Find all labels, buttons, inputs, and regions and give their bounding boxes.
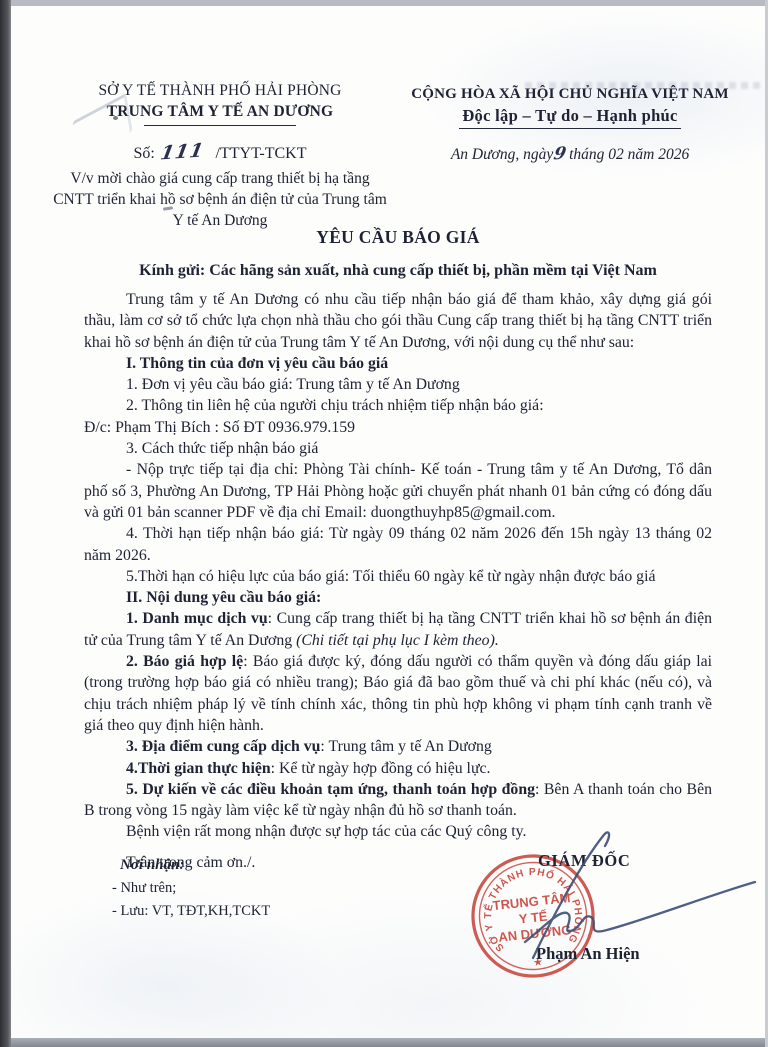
place-date-line: An Dương, ngày9tháng 02 năm 2026 — [390, 144, 750, 164]
document-subject: V/v mời chào giá cung cấp trang thiết bị… — [52, 168, 388, 231]
section2-item1-lead: 1. Danh mục dịch vụ — [126, 610, 268, 627]
section1-item5: 5.Thời hạn có hiệu lực của báo giá: Tối … — [84, 566, 712, 587]
scan-edge-top — [0, 0, 768, 6]
date-day-handwritten: 9 — [552, 144, 568, 165]
section2-item3-lead: 3. Địa điểm cung cấp dịch vụ — [126, 738, 320, 755]
section2-item1: 1. Danh mục dịch vụ: Cung cấp trang thiế… — [84, 608, 712, 651]
section2-item4: 4.Thời gian thực hiện: Kể từ ngày hợp đồ… — [84, 758, 712, 779]
document-body: Trung tâm y tế An Dương có nhu cầu tiếp … — [84, 289, 712, 873]
section2-item2: 2. Báo giá hợp lệ: Báo giá được ký, đóng… — [84, 651, 712, 736]
national-header-block: CỘNG HÒA XÃ HỘI CHỦ NGHĨA VIỆT NAM Độc l… — [390, 86, 750, 164]
section2-item4-text: : Kể từ ngày hợp đồng có hiệu lực. — [271, 760, 491, 777]
scan-edge-left — [0, 0, 11, 1047]
place-date-prefix: An Dương, ngày — [451, 146, 553, 163]
section2-item4-lead: 4.Thời gian thực hiện — [126, 760, 271, 777]
document-number-suffix: /TTYT-TCKT — [216, 145, 307, 162]
scanned-document: SỞ Y TẾ THÀNH PHỐ HẢI PHÒNG TRUNG TÂM Y … — [0, 0, 768, 1047]
parent-org-name: SỞ Y TẾ THÀNH PHỐ HẢI PHÒNG — [52, 82, 388, 100]
section2-item3: 3. Địa điểm cung cấp dịch vụ: Trung tâm … — [84, 736, 712, 757]
scan-edge-bottom — [0, 1038, 768, 1047]
section2-item5-lead: 5. Dự kiến về các điều khoản tạm ứng, th… — [126, 781, 535, 798]
section2-item2-lead: 2. Báo giá hợp lệ — [126, 653, 243, 670]
director-signature — [455, 810, 765, 975]
document-number-handwritten: 111 — [159, 140, 206, 165]
section2-item3-text: : Trung tâm y tế An Dương — [320, 738, 491, 755]
section1-heading: I. Thông tin của đơn vị yêu cầu báo giá — [84, 353, 712, 374]
section2-heading: II. Nội dung yêu cầu báo giá: — [84, 587, 712, 608]
section2-item1-note: (Chi tiết tại phụ lục I kèm theo). — [296, 632, 499, 649]
contact-line: Đ/c: Phạm Thị Bích : Số ĐT 0936.979.159 — [84, 417, 712, 438]
document-number-label: Số: — [134, 145, 155, 162]
place-date-suffix: tháng 02 năm 2026 — [569, 146, 689, 163]
intro-paragraph: Trung tâm y tế An Dương có nhu cầu tiếp … — [84, 289, 712, 353]
recipients-block: Nơi nhận: - Như trên; - Lưu: VT, TĐT,KH,… — [112, 854, 270, 923]
document-title: YÊU CẦU BÁO GIÁ — [84, 227, 712, 248]
section1-item4: 4. Thời hạn tiếp nhận báo giá: Từ ngày 0… — [84, 523, 712, 566]
recipients-label: Nơi nhận: — [120, 854, 270, 877]
recipient-line: - Lưu: VT, TĐT,KH,TCKT — [112, 900, 270, 923]
section1-item3-detail: - Nộp trực tiếp tại địa chỉ: Phòng Tài c… — [84, 459, 712, 523]
section1-item2: 2. Thông tin liên hệ của người chịu trác… — [84, 395, 712, 416]
header-underline — [144, 125, 296, 126]
national-title: CỘNG HÒA XÃ HỘI CHỦ NGHĨA VIỆT NAM — [390, 86, 750, 103]
section1-item3: 3. Cách thức tiếp nhận báo giá — [84, 438, 712, 459]
section1-item1: 1. Đơn vị yêu cầu báo giá: Trung tâm y t… — [84, 374, 712, 395]
national-motto: Độc lập – Tự do – Hạnh phúc — [459, 105, 680, 129]
recipient-line: - Như trên; — [112, 877, 270, 900]
salutation-line: Kính gửi: Các hãng sản xuất, nhà cung cấ… — [84, 262, 712, 280]
